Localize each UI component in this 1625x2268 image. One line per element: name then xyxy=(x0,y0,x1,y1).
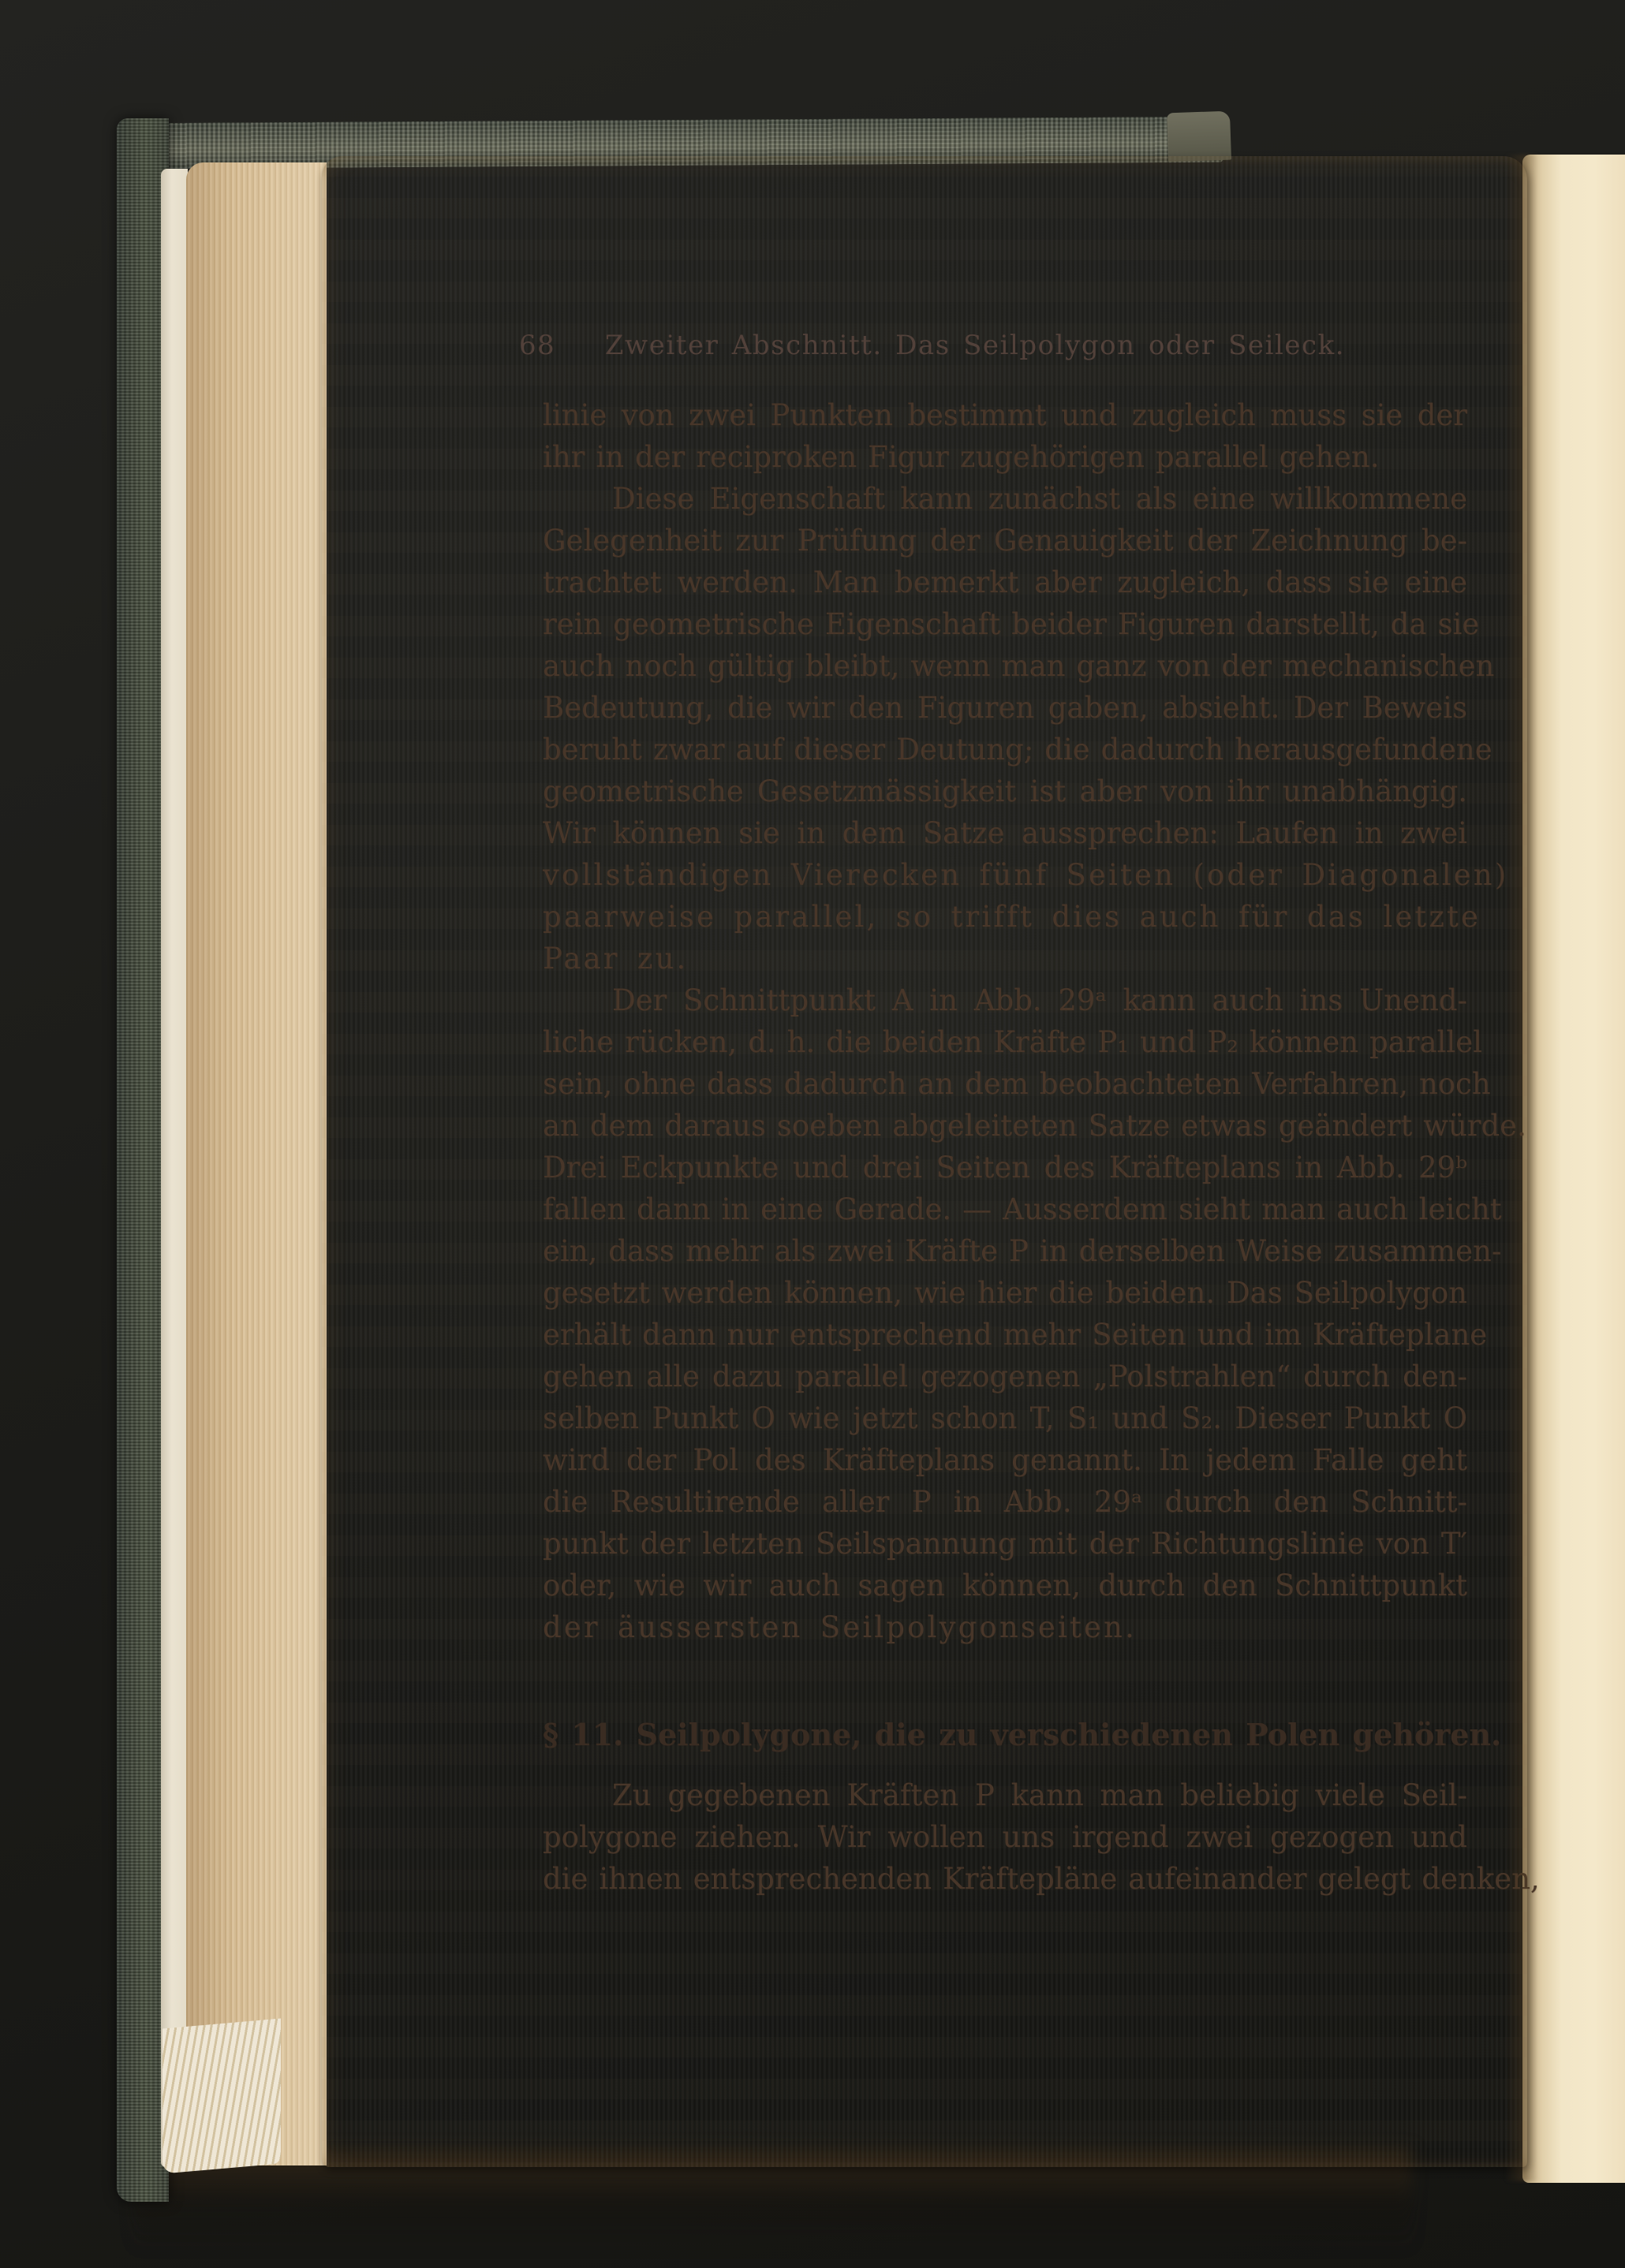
text-line: Wir können sie in dem Satze aussprechen:… xyxy=(543,812,1467,854)
running-title: Zweiter Abschnitt. Das Seilpolygon oder … xyxy=(502,326,1448,364)
text-line: liche rücken, d. h. die beiden Kräfte P₁… xyxy=(543,1021,1467,1063)
bottom-page-edge-stack xyxy=(162,2018,281,2173)
text-line: Zu gegebenen Kräften P kann man beliebig… xyxy=(543,1774,1467,1816)
text-line: wird der Pol des Kräfteplans genannt. In… xyxy=(543,1439,1467,1481)
text-line: auch noch gültig bleibt, wenn man ganz v… xyxy=(543,645,1467,687)
text-line: ein, dass mehr als zwei Kräfte P in ders… xyxy=(543,1230,1467,1272)
text-line: Diese Eigenschaft kann zunächst als eine… xyxy=(543,478,1467,520)
text-line: rein geometrische Eigenschaft beider Fig… xyxy=(543,603,1467,645)
text-line: punkt der letzten Seilspannung mit der R… xyxy=(543,1523,1467,1565)
text-line: Drei Eckpunkte und drei Seiten des Kräft… xyxy=(543,1147,1467,1188)
endpaper-edge-sliver xyxy=(161,169,188,2167)
text-line: Paar zu. xyxy=(543,938,1467,979)
text-body: linie von zwei Punkten bestimmt und zugl… xyxy=(543,394,1467,1900)
text-line: an dem daraus soeben abgeleiteten Satze … xyxy=(543,1105,1467,1147)
book-cover-corner xyxy=(1167,111,1231,162)
text-line: der äussersten Seilpolygonseiten. xyxy=(543,1606,1467,1648)
text-line: gehen alle dazu parallel gezogenen „Pols… xyxy=(543,1356,1467,1397)
text-line: fallen dann in eine Gerade. — Ausserdem … xyxy=(543,1188,1467,1230)
text-line: beruht zwar auf dieser Deutung; die dadu… xyxy=(543,729,1467,770)
fanned-page-edges xyxy=(186,162,327,2165)
text-line: trachtet werden. Man bemerkt aber zuglei… xyxy=(543,561,1467,603)
text-line: polygone ziehen. Wir wollen uns irgend z… xyxy=(543,1816,1467,1858)
text-line: paarweise parallel, so trifft dies auch … xyxy=(543,896,1467,938)
text-line: Gelegenheit zur Prüfung der Genauigkeit … xyxy=(543,520,1467,561)
text-line: Bedeutung, die wir den Figuren gaben, ab… xyxy=(543,687,1467,729)
text-line: gesetzt werden können, wie hier die beid… xyxy=(543,1272,1467,1314)
section-heading: § 11. Seilpolygone, die zu verschiedenen… xyxy=(543,1713,1467,1757)
text-line: linie von zwei Punkten bestimmt und zugl… xyxy=(543,394,1467,436)
text-line: oder, wie wir auch sagen können, durch d… xyxy=(543,1565,1467,1606)
text-line: die ihnen entsprechenden Kräftepläne auf… xyxy=(543,1858,1467,1900)
text-line: vollständigen Vierecken fünf Seiten (ode… xyxy=(543,854,1467,896)
text-line: Der Schnittpunkt A in Abb. 29ᵃ kann auch… xyxy=(543,979,1467,1021)
book-photograph: 68 Zweiter Abschnitt. Das Seilpolygon od… xyxy=(0,0,1625,2268)
text-line: sein, ohne dass dadurch an dem beobachte… xyxy=(543,1063,1467,1105)
text-line: die Resultirende aller P in Abb. 29ᵃ dur… xyxy=(543,1481,1467,1523)
gutter-shadow xyxy=(1505,155,1540,2181)
text-line: ihr in der reciproken Figur zugehörigen … xyxy=(543,436,1467,478)
text-line: geometrische Gesetzmässigkeit ist aber v… xyxy=(543,770,1467,812)
book-page: 68 Zweiter Abschnitt. Das Seilpolygon od… xyxy=(322,156,1527,2167)
text-line: selben Punkt O wie jetzt schon T, S₁ und… xyxy=(543,1397,1467,1439)
running-header: 68 Zweiter Abschnitt. Das Seilpolygon od… xyxy=(519,326,1466,364)
text-line: erhält dann nur entsprechend mehr Seiten… xyxy=(543,1314,1467,1356)
